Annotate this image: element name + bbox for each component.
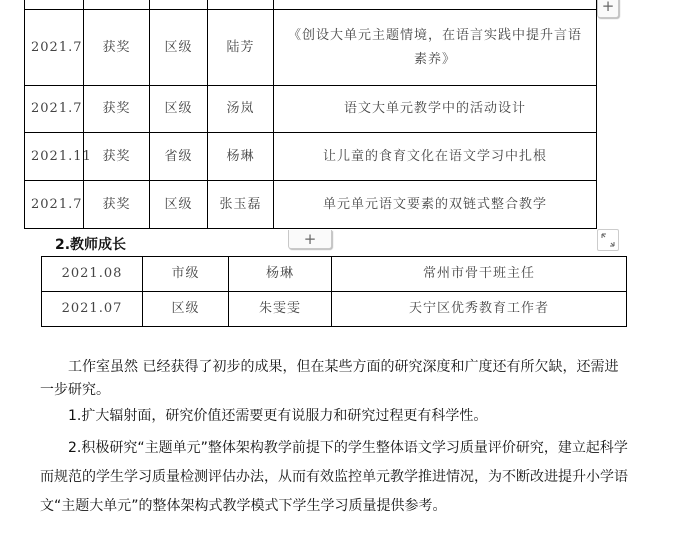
- cell-type[interactable]: 获奖: [84, 10, 150, 86]
- add-row-button[interactable]: +: [288, 230, 332, 249]
- section-heading: 2.教师成长: [55, 234, 126, 254]
- awards-table: 2021.7 获奖 区级 陆芳 《创设大单元主题情境，在语言实践中提升言语素养》…: [24, 0, 597, 229]
- resize-icon: [598, 230, 618, 250]
- table-row: 2021.7 获奖 区级 汤岚 语文大单元教学中的活动设计: [25, 86, 597, 133]
- paragraph-item-1: 1.扩大辐射面，研究价值还需要更有说服力和研究过程更有科学性。: [40, 405, 630, 428]
- cell-level[interactable]: [150, 0, 208, 10]
- cell-title[interactable]: 让儿童的食育文化在语文学习中扎根: [274, 133, 597, 181]
- table-row: [25, 0, 597, 10]
- cell-level[interactable]: 市级: [143, 257, 229, 292]
- cell-title[interactable]: [274, 0, 597, 10]
- cell-title[interactable]: 语文大单元教学中的活动设计: [274, 86, 597, 133]
- cell-title[interactable]: 单元单元语文要素的双链式整合教学: [274, 181, 597, 229]
- cell-title[interactable]: 《创设大单元主题情境，在语言实践中提升言语素养》: [274, 10, 597, 86]
- cell-date[interactable]: 2021.11: [25, 133, 84, 181]
- cell-level[interactable]: 区级: [150, 181, 208, 229]
- paragraph-item-2: 2.积极研究“主题单元”整体架构教学前提下的学生整体语文学习质量评价研究，建立起…: [40, 434, 630, 521]
- cell-date[interactable]: 2021.7: [25, 181, 84, 229]
- table-row: 2021.7 获奖 区级 陆芳 《创设大单元主题情境，在语言实践中提升言语素养》: [25, 10, 597, 86]
- cell-type[interactable]: 获奖: [84, 181, 150, 229]
- cell-date[interactable]: [25, 0, 84, 10]
- growth-table: 2021.08 市级 杨琳 常州市骨干班主任 2021.07 区级 朱雯雯 天宁…: [41, 256, 627, 327]
- table-row: 2021.08 市级 杨琳 常州市骨干班主任: [42, 257, 627, 292]
- cell-level[interactable]: 区级: [143, 292, 229, 327]
- cell-name[interactable]: 朱雯雯: [229, 292, 332, 327]
- cell-name[interactable]: 汤岚: [208, 86, 274, 133]
- cell-level[interactable]: 区级: [150, 10, 208, 86]
- paragraph-summary: 工作室虽然 已经获得了初步的成果，但在某些方面的研究深度和广度还有所欠缺，还需进…: [40, 356, 630, 402]
- cell-date[interactable]: 2021.7: [25, 10, 84, 86]
- table-row: 2021.11 获奖 省级 杨琳 让儿童的食育文化在语文学习中扎根: [25, 133, 597, 181]
- cell-level[interactable]: 省级: [150, 133, 208, 181]
- cell-date[interactable]: 2021.07: [42, 292, 143, 327]
- add-row-button[interactable]: +: [597, 0, 619, 18]
- cell-name[interactable]: [208, 0, 274, 10]
- table-row: 2021.07 区级 朱雯雯 天宁区优秀教育工作者: [42, 292, 627, 327]
- cell-type[interactable]: 获奖: [84, 86, 150, 133]
- table-row: 2021.7 获奖 区级 张玉磊 单元单元语文要素的双链式整合教学: [25, 181, 597, 229]
- cell-level[interactable]: 区级: [150, 86, 208, 133]
- resize-handle[interactable]: [597, 229, 619, 251]
- cell-date[interactable]: 2021.7: [25, 86, 84, 133]
- cell-date[interactable]: 2021.08: [42, 257, 143, 292]
- cell-honor[interactable]: 天宁区优秀教育工作者: [332, 292, 627, 327]
- cell-name[interactable]: 张玉磊: [208, 181, 274, 229]
- cell-name[interactable]: 杨琳: [229, 257, 332, 292]
- cell-name[interactable]: 陆芳: [208, 10, 274, 86]
- cell-honor[interactable]: 常州市骨干班主任: [332, 257, 627, 292]
- cell-type[interactable]: [84, 0, 150, 10]
- cell-name[interactable]: 杨琳: [208, 133, 274, 181]
- cell-type[interactable]: 获奖: [84, 133, 150, 181]
